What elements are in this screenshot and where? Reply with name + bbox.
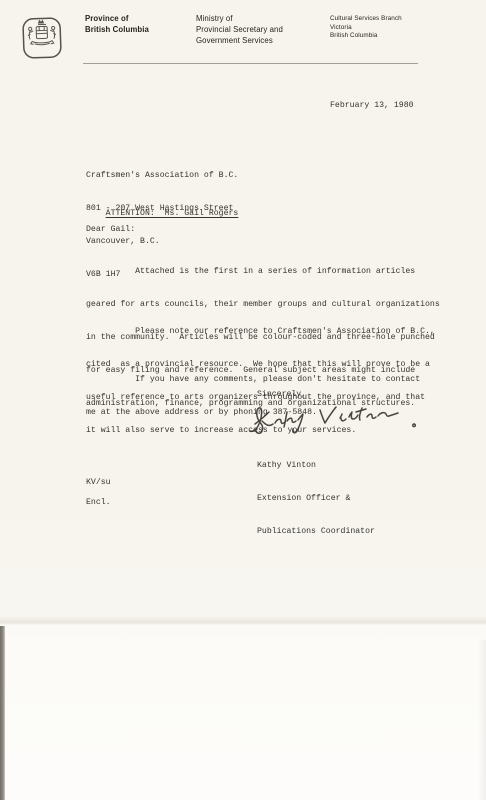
handwritten-signature <box>248 403 428 437</box>
signer-title-line: Publications Coordinator <box>257 526 375 537</box>
enclosure-notation: Encl. <box>86 497 111 508</box>
letter-date: February 13, 1980 <box>330 100 414 111</box>
signer-name: Kathy Vinton <box>257 460 375 471</box>
signer-block: Kathy Vinton Extension Officer & Publica… <box>257 438 375 559</box>
body-line: Please note our reference to Craftsmen's… <box>86 326 435 337</box>
body-line: If you have any comments, please don't h… <box>86 374 420 385</box>
ministry-line1: Ministry of <box>196 13 283 24</box>
reference-initials: KV/su <box>86 477 111 488</box>
letterhead-province: Province of British Columbia <box>85 13 149 35</box>
province-line2: British Columbia <box>85 24 149 35</box>
branch-line2: Victoria <box>330 24 402 33</box>
province-line1: Province of <box>85 13 149 24</box>
closing: Sincerely, <box>257 389 306 400</box>
letterhead-ministry: Ministry of Provincial Secretary and Gov… <box>196 13 283 46</box>
scanned-letter-page: Province of British Columbia Ministry of… <box>0 0 486 800</box>
paper-right-shadow <box>478 640 486 800</box>
letterhead-branch: Cultural Services Branch Victoria Britis… <box>330 15 402 41</box>
bc-coat-of-arms-logo <box>20 14 64 62</box>
salutation: Dear Gail: <box>86 224 135 235</box>
signer-title-line: Extension Officer & <box>257 493 375 504</box>
paper-fold-crease <box>0 615 486 629</box>
branch-line1: Cultural Services Branch <box>330 15 402 24</box>
body-line: Attached is the first in a series of inf… <box>86 266 440 277</box>
letterhead-divider <box>83 63 418 64</box>
ministry-line3: Government Services <box>196 35 283 46</box>
recipient-line: Craftsmen's Association of B.C. <box>86 170 238 181</box>
paper-edge-shadow <box>0 626 5 800</box>
attention-text: ATTENTION: Ms. Gail Rogers <box>106 209 239 218</box>
branch-line3: British Columbia <box>330 32 402 41</box>
ministry-line2: Provincial Secretary and <box>196 24 283 35</box>
